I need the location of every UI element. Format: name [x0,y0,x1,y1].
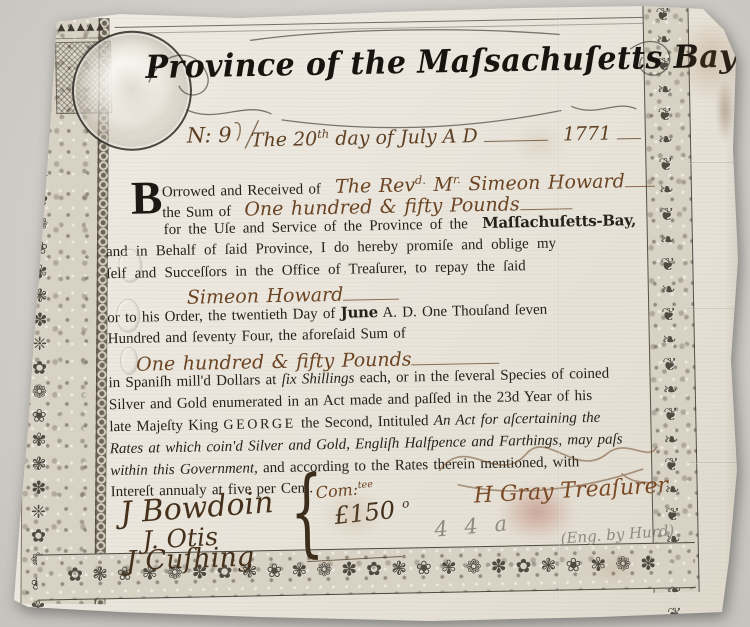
photo-background: ✿❁❀✾❃✽❈✿❁❀✾❃✽❈✿❁❀✾❃✽❈✿❁❀✾❃ ▲▲▲▲▲ ❦❧❦❧❦❧❦… [0,0,750,627]
committee-text: Com: [315,480,359,503]
hw-dash [519,189,571,210]
print-text: in Spaniſh mill'd Dollars at [108,372,281,391]
date-text-rest: day of July A D [329,125,478,150]
date-superscript: th [317,127,329,141]
year-dash [617,119,641,139]
print-text: for the Uſe and Service of the Province … [163,216,468,238]
hw-dash [411,344,499,366]
amount-text: £150 [333,496,397,530]
zigzag-ornament-icon: ▲▲▲▲▲ [51,17,113,39]
year-text: 1771 [563,123,612,146]
paper-edge-shading [724,0,750,627]
date-text: The 20 [251,128,318,151]
fold-crease [558,10,560,605]
committee-sup: tee [357,479,373,491]
print-text: each, or in the ſeveral Species of coine… [354,366,609,387]
print-text: or to his Order, the twentieth Day of [107,306,341,326]
gothic-text: June [341,303,379,322]
print-text: the Second, Intituled [296,413,434,432]
signature-cushing: J Cuſhing [125,541,254,577]
document-paper: ✿❁❀✾❃✽❈✿❁❀✾❃✽❈✿❁❀✾❃✽❈✿❁❀✾❃ ▲▲▲▲▲ ❦❧❦❧❦❧❦… [0,0,750,627]
committee-brace: { [289,463,324,560]
date-dash [483,121,547,142]
print-text: Hundred and ſeventy Four, the aforeſaid … [108,326,406,348]
document-number: N: 9 [187,123,232,148]
date-line: The 20th day of July A D [251,121,548,152]
floral-ornament-column-icon: ✿❁❀✾❃✽❈✿❁❀✾❃✽❈✿❁❀✾❃✽❈✿❁❀✾❃ [27,22,52,608]
print-text: A. D. One Thouſand ſeven [378,302,548,321]
smallcaps-text: GEORGE [223,416,296,432]
amount-suffix: o [401,496,410,511]
print-text: late Majeſty King [109,417,223,435]
embossed-mark [120,347,139,375]
pencil-catalog-number: 4 4 a [433,511,512,542]
hw-sup: d. [415,173,426,187]
hw-dash [343,280,399,301]
italic-text: within this Government, [110,460,258,479]
date-year: 1771 [563,119,642,146]
italic-text: ſix Shillings [281,371,354,388]
paper-shadow-wrap: ✿❁❀✾❃✽❈✿❁❀✾❃✽❈✿❁❀✾❃✽❈✿❁❀✾❃ ▲▲▲▲▲ ❦❧❦❧❦❧❦… [0,0,750,627]
document-content: ✿❁❀✾❃✽❈✿❁❀✾❃✽❈✿❁❀✾❃✽❈✿❁❀✾❃ ▲▲▲▲▲ ❦❧❦❧❦❧❦… [0,0,750,627]
hw-dash [624,167,654,188]
